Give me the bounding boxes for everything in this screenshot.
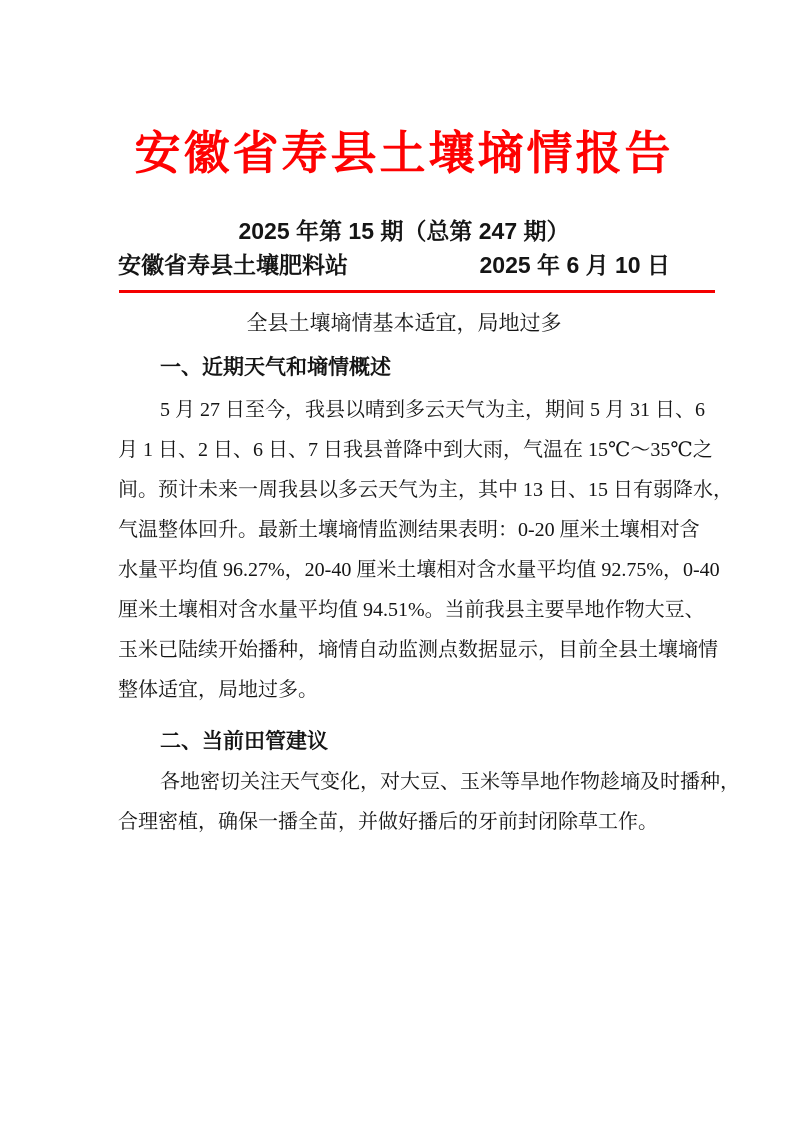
report-title: 安徽省寿县土壤墒情报告 <box>118 126 690 180</box>
paragraph-line: 气温整体回升。最新土壤墒情监测结果表明：0-20 厘米土壤相对含 <box>118 510 690 550</box>
paragraph-line: 整体适宜，局地过多。 <box>118 670 690 710</box>
paragraph-line: 水量平均值 96.27%，20-40 厘米土壤相对含水量平均值 92.75%，0… <box>118 550 690 590</box>
paragraph-line: 厘米土壤相对含水量平均值 94.51%。当前我县主要旱地作物大豆、 <box>118 590 690 630</box>
paragraph-line: 5 月 27 日至今，我县以晴到多云天气为主，期间 5 月 31 日、6 <box>118 390 690 430</box>
section-heading-1: 一、近期天气和墒情概述 <box>118 354 690 381</box>
section-heading-2: 二、当前田管建议 <box>118 728 690 755</box>
issue-line: 2025 年第 15 期（总第 247 期） <box>118 217 690 245</box>
paragraph-1: 5 月 27 日至今，我县以晴到多云天气为主，期间 5 月 31 日、6 月 1… <box>118 390 690 710</box>
publish-date: 2025 年 6 月 10 日 <box>480 251 671 279</box>
paragraph-line: 玉米已陆续开始播种，墒情自动监测点数据显示，目前全县土壤墒情 <box>118 630 690 670</box>
page-content: 安徽省寿县土壤墒情报告 2025 年第 15 期（总第 247 期） 安徽省寿县… <box>118 0 690 842</box>
paragraph-line: 间。预计未来一周我县以多云天气为主，其中 13 日、15 日有弱降水， <box>118 470 690 510</box>
paragraph-line: 各地密切关注天气变化，对大豆、玉米等旱地作物趁墒及时播种， <box>118 762 690 802</box>
divider-rule <box>119 290 715 293</box>
paragraph-line: 月 1 日、2 日、6 日、7 日我县普降中到大雨，气温在 15℃～35℃之 <box>118 430 690 470</box>
paragraph-2: 各地密切关注天气变化，对大豆、玉米等旱地作物趁墒及时播种， 合理密植，确保一播全… <box>118 762 690 842</box>
document-page: 安徽省寿县土壤墒情报告 2025 年第 15 期（总第 247 期） 安徽省寿县… <box>0 0 793 1122</box>
publisher-name: 安徽省寿县土壤肥料站 <box>118 251 348 279</box>
paragraph-line: 合理密植，确保一播全苗，并做好播后的牙前封闭除草工作。 <box>118 802 690 842</box>
report-subtitle: 全县土壤墒情基本适宜，局地过多 <box>118 310 690 337</box>
publisher-line: 安徽省寿县土壤肥料站 2025 年 6 月 10 日 <box>118 251 690 279</box>
